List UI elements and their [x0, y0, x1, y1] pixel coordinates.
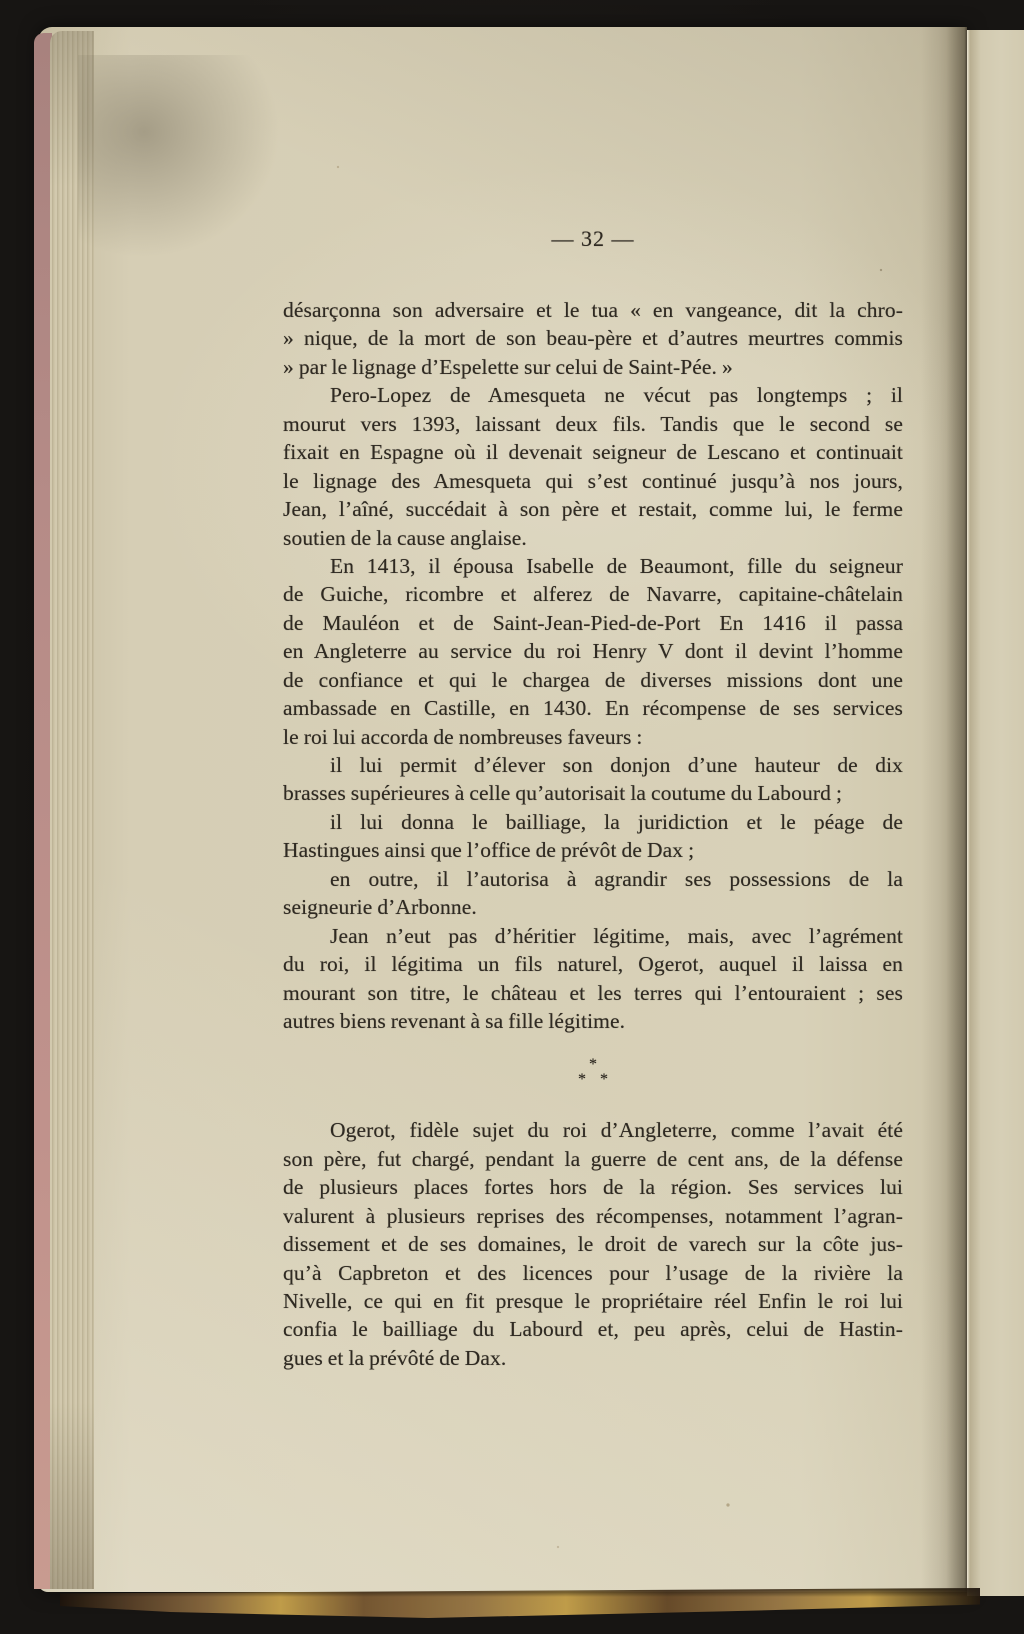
paragraph: Pero-Lopez de Amesqueta ne vécut pas lon…: [283, 381, 903, 552]
text-line: fixait en Espagne où il devenait seigneu…: [283, 438, 903, 466]
text-line: de plusieurs places fortes hors de la ré…: [283, 1173, 903, 1201]
separator-row: * *: [283, 1072, 903, 1087]
text-line: mourant son titre, le château et les ter…: [283, 979, 903, 1007]
text-line: soutien de la cause anglaise.: [283, 524, 903, 552]
text-line: brasses supérieures à celle qu’autorisai…: [283, 779, 903, 807]
text-line: de Mauléon et de Saint-Jean-Pied-de-Port…: [283, 609, 903, 637]
book-photo-background: — 32 — désarçonna son adversaire et le t…: [0, 0, 1024, 1634]
book-bottom-edge: [60, 1588, 980, 1618]
text-line: en Angleterre au service du roi Henry V …: [283, 637, 903, 665]
book-gutter: [921, 27, 967, 1592]
text-line: de Guiche, ricombre et alferez de Navarr…: [283, 580, 903, 608]
text-line: du roi, il légitima un fils naturel, Oge…: [283, 950, 903, 978]
facing-page-edge: [967, 30, 1024, 1596]
text-line: en outre, il l’autorisa à agrandir ses p…: [283, 865, 903, 893]
text-line: Hastingues ainsi que l’office de prévôt …: [283, 836, 903, 864]
text-line: mourut vers 1393, laissant deux fils. Ta…: [283, 410, 903, 438]
text-line: autres biens revenant à sa fille légitim…: [283, 1007, 903, 1035]
text-line: le roi lui accorda de nombreuses faveurs…: [283, 723, 903, 751]
text-line: Jean, l’aîné, succédait à son père et re…: [283, 495, 903, 523]
text-line: Pero-Lopez de Amesqueta ne vécut pas lon…: [283, 381, 903, 409]
text-line: il lui permit d’élever son donjon d’une …: [283, 751, 903, 779]
text-line: confia le bailliage du Labourd et, peu a…: [283, 1315, 903, 1343]
text-line: Jean n’eut pas d’héritier légitime, mais…: [283, 922, 903, 950]
text-line: gues et la prévôté de Dax.: [283, 1344, 903, 1372]
page-number: — 32 —: [283, 226, 903, 252]
paragraph: Ogerot, fidèle sujet du roi d’Angleterre…: [283, 1116, 903, 1372]
text-line: En 1413, il épousa Isabelle de Beaumont,…: [283, 552, 903, 580]
text-line: seigneurie d’Arbonne.: [283, 893, 903, 921]
page-fore-edge: [50, 31, 94, 1589]
paragraph: en outre, il l’autorisa à agrandir ses p…: [283, 865, 903, 922]
text-line: ambassade en Castille, en 1430. En récom…: [283, 694, 903, 722]
separator-row: *: [283, 1057, 903, 1072]
text-line: valurent à plusieurs reprises des récomp…: [283, 1202, 903, 1230]
text-line: » nique, de la mort de son beau-père et …: [283, 324, 903, 352]
text-line: Ogerot, fidèle sujet du roi d’Angleterre…: [283, 1116, 903, 1144]
paragraph: En 1413, il épousa Isabelle de Beaumont,…: [283, 552, 903, 751]
section-separator: ** *: [283, 1057, 903, 1087]
corner-shadow: [78, 55, 298, 275]
text-line: de confiance et qui le chargea de divers…: [283, 666, 903, 694]
book-page: — 32 — désarçonna son adversaire et le t…: [38, 27, 967, 1592]
text-line: » par le lignage d’Espelette sur celui d…: [283, 353, 903, 381]
text-line: il lui donna le bailliage, la juridictio…: [283, 808, 903, 836]
text-line: le lignage des Amesqueta qui s’est conti…: [283, 467, 903, 495]
page-text: désarçonna son adversaire et le tua « en…: [283, 296, 903, 1372]
paragraph: désarçonna son adversaire et le tua « en…: [283, 296, 903, 381]
text-line: désarçonna son adversaire et le tua « en…: [283, 296, 903, 324]
text-line: son père, fut chargé, pendant la guerre …: [283, 1145, 903, 1173]
paragraph: il lui permit d’élever son donjon d’une …: [283, 751, 903, 808]
paragraph: Jean n’eut pas d’héritier légitime, mais…: [283, 922, 903, 1036]
page-text-layer: — 32 — désarçonna son adversaire et le t…: [283, 27, 903, 1592]
text-line: Nivelle, ce qui en fit presque le propri…: [283, 1287, 903, 1315]
text-line: qu’à Capbreton et des licences pour l’us…: [283, 1259, 903, 1287]
paragraph: il lui donna le bailliage, la juridictio…: [283, 808, 903, 865]
text-line: dissement et de ses domaines, le droit d…: [283, 1230, 903, 1258]
